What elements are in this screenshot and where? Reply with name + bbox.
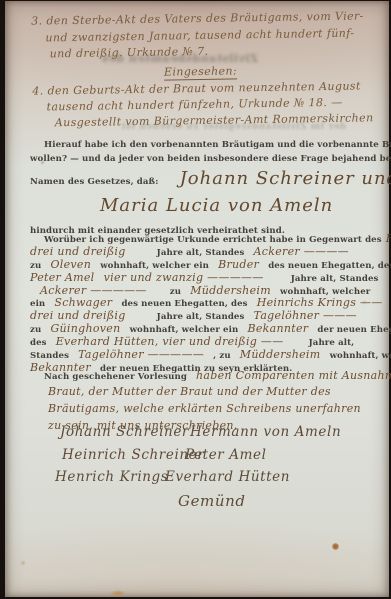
declaration-printed-line: wollen? — und da jeder von beiden insbes…	[30, 154, 370, 164]
note-item4-line: tausend acht hundert fünfzehn, Urkunde №…	[46, 95, 373, 113]
witness-line: drei und dreißig Jahre alt, Standes Acke…	[30, 244, 375, 257]
signature: Johann Schreiner	[60, 424, 189, 440]
closing-handwritten-line: Braut, der Mutter der Braut und der Mutt…	[48, 385, 375, 398]
note-heading: Eingesehen:	[164, 64, 237, 80]
witness-line: zu Güinghoven wohnhaft, welcher ein Beka…	[30, 321, 375, 334]
closing-handwritten-line: Bräutigams, welche erklärten Schreibens …	[48, 402, 375, 415]
witness-line: Standes Tagelöhner ————— , zu Müddershei…	[30, 347, 375, 360]
handwritten-notes-block: 3. den Sterbe-Akt des Vaters des Bräutig…	[27, 9, 374, 129]
foxing-stain	[362, 300, 367, 305]
witness-line: Worüber ich gegenwärtige Urkunde erricht…	[30, 231, 375, 244]
closing-block: Nach geschehener Vorlesung haben Compare…	[30, 366, 375, 432]
witness-line: drei und dreißig Jahre alt, Standes Tage…	[30, 308, 375, 321]
handwritten-entry: Oleven	[50, 258, 91, 271]
printed-fragment: wohnhaft, welcher ein	[330, 351, 391, 361]
handwritten-entry: Bruder	[218, 258, 259, 271]
scanned-document-page: Zivilstandsbeamten des der im Zivilstand…	[0, 0, 391, 599]
declaration-printed-line: Hierauf habe ich den vorbenannten Bräuti…	[30, 140, 370, 150]
signature: Henrich Krings	[55, 469, 168, 485]
handwritten-entry: haben Comparenten mit Ausnahme der	[196, 369, 391, 382]
signature: Hermann von Ameln	[190, 424, 341, 440]
signature: Heinrich Schreiner	[62, 447, 204, 463]
note-item4-line: 4. den Geburts-Akt der Braut vom neunzeh…	[32, 79, 373, 97]
foxing-stain	[20, 560, 26, 566]
note-heading-row: Eingesehen:	[28, 57, 373, 81]
declaration-block: Hierauf habe ich den vorbenannten Bräuti…	[30, 140, 370, 236]
handwritten-entry: vier und zwanzig —————	[104, 271, 264, 284]
witnesses-block: Worüber ich gegenwärtige Urkunde erricht…	[30, 231, 375, 373]
declaration-names-row: Namen des Gesetzes, daß: Johann Schreine…	[30, 168, 370, 189]
foxing-stain	[332, 543, 339, 550]
signature: Peter Amel	[185, 447, 266, 463]
signature: Everhard Hütten	[165, 469, 290, 485]
witness-line: ein Schwager des neuen Ehegatten, des He…	[30, 295, 375, 308]
bride-name-row: Maria Lucia von Ameln	[100, 195, 370, 216]
official-signature: Gemünd	[178, 492, 246, 510]
ink-speck	[40, 160, 45, 165]
closing-line: Nach geschehener Vorlesung haben Compare…	[30, 366, 375, 381]
bride-name-handwritten: Maria Lucia von Ameln	[100, 195, 333, 216]
handwritten-entry: Heinrich Schreiner	[386, 232, 391, 245]
foxing-stain	[110, 590, 126, 597]
witness-line: Ackerer ————— zu Müddersheim wohnhaft, w…	[30, 283, 375, 296]
declaration-printed-line: Namen des Gesetzes, daß:	[30, 177, 158, 187]
note-item3-line: und zwanzigsten Januar, tausend acht hun…	[45, 26, 372, 44]
handwritten-entry: Peter Amel	[30, 271, 95, 284]
witness-line: zu Oleven wohnhaft, welcher ein Bruder d…	[30, 257, 375, 270]
witness-line: Peter Amel vier und zwanzig ————— Jahre …	[30, 270, 375, 283]
printed-fragment: Nach geschehener Vorlesung	[44, 372, 187, 382]
groom-name-handwritten: Johann Schreiner und	[180, 168, 391, 189]
